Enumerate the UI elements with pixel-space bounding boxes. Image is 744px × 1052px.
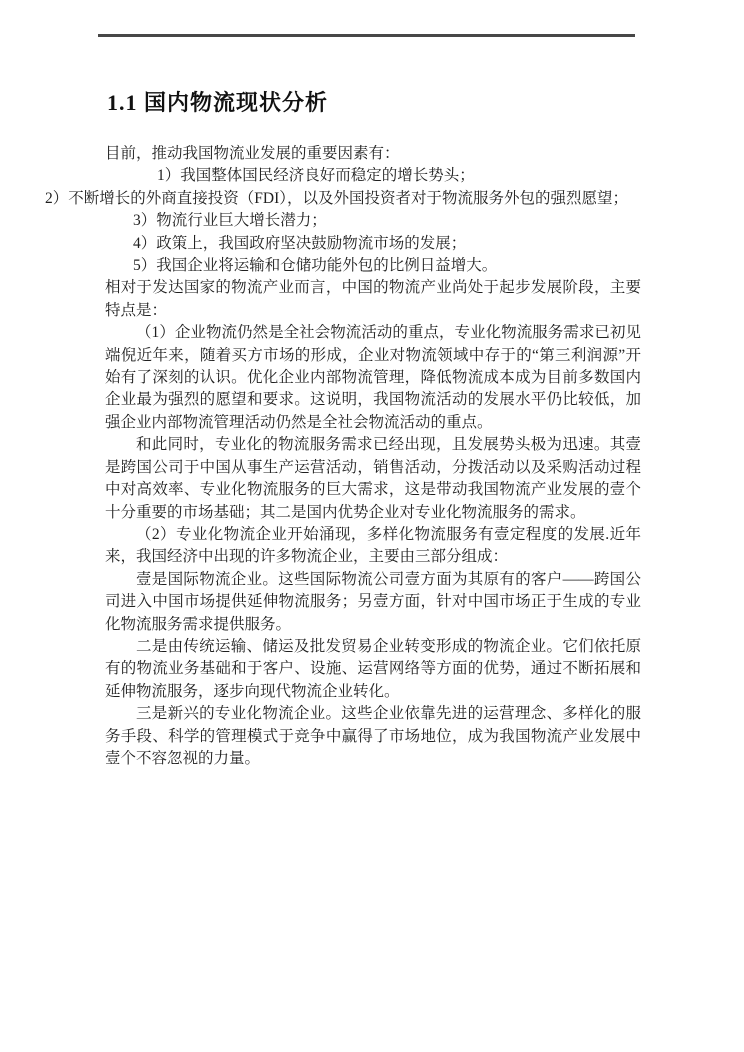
factor-item-5: 5）我国企业将运输和仓储功能外包的比例日益增大。 [133, 255, 641, 277]
paragraph-type-emerging: 三是新兴的专业化物流企业。这些企业依靠先进的运营理念、多样化的服务手段、科学的管… [105, 703, 641, 770]
factor-item-1: 1）我国整体国民经济良好而稳定的增长势头； [157, 165, 641, 187]
factor-item-3: 3）物流行业巨大增长潜力； [133, 210, 641, 232]
paragraph-type-international: 壹是国际物流企业。这些国际物流公司壹方面为其原有的客户——跨国公司进入中国市场提… [105, 569, 641, 636]
factor-item-4: 4）政策上，我国政府坚决鼓励物流市场的发展； [133, 233, 641, 255]
document-page: 1.1 国内物流现状分析 目前，推动我国物流业发展的重要因素有： 1）我国整体国… [0, 0, 744, 1052]
factor-item-2: 2）不断增长的外商直接投资（FDI），以及外国投资者对于物流服务外包的强烈愿望； [105, 188, 641, 210]
paragraph-point-2: （2）专业化物流企业开始涌现，多样化物流服务有壹定程度的发展.近年来，我国经济中… [105, 524, 641, 569]
header-rule [98, 34, 635, 37]
document-body: 目前，推动我国物流业发展的重要因素有： 1）我国整体国民经济良好而稳定的增长势头… [105, 143, 641, 770]
paragraph-point-1: （1）企业物流仍然是全社会物流活动的重点，专业化物流服务需求已初见端倪近年来，随… [105, 322, 641, 434]
section-heading: 1.1 国内物流现状分析 [107, 88, 328, 118]
paragraph-demand: 和此同时，专业化的物流服务需求已经出现，且发展势头极为迅速。其壹是跨国公司于中国… [105, 434, 641, 524]
paragraph-type-traditional: 二是由传统运输、储运及批发贸易企业转变形成的物流企业。它们依托原有的物流业务基础… [105, 636, 641, 703]
intro-paragraph: 目前，推动我国物流业发展的重要因素有： [105, 143, 641, 165]
paragraph-overview: 相对于发达国家的物流产业而言，中国的物流产业尚处于起步发展阶段，主要特点是： [105, 277, 641, 322]
